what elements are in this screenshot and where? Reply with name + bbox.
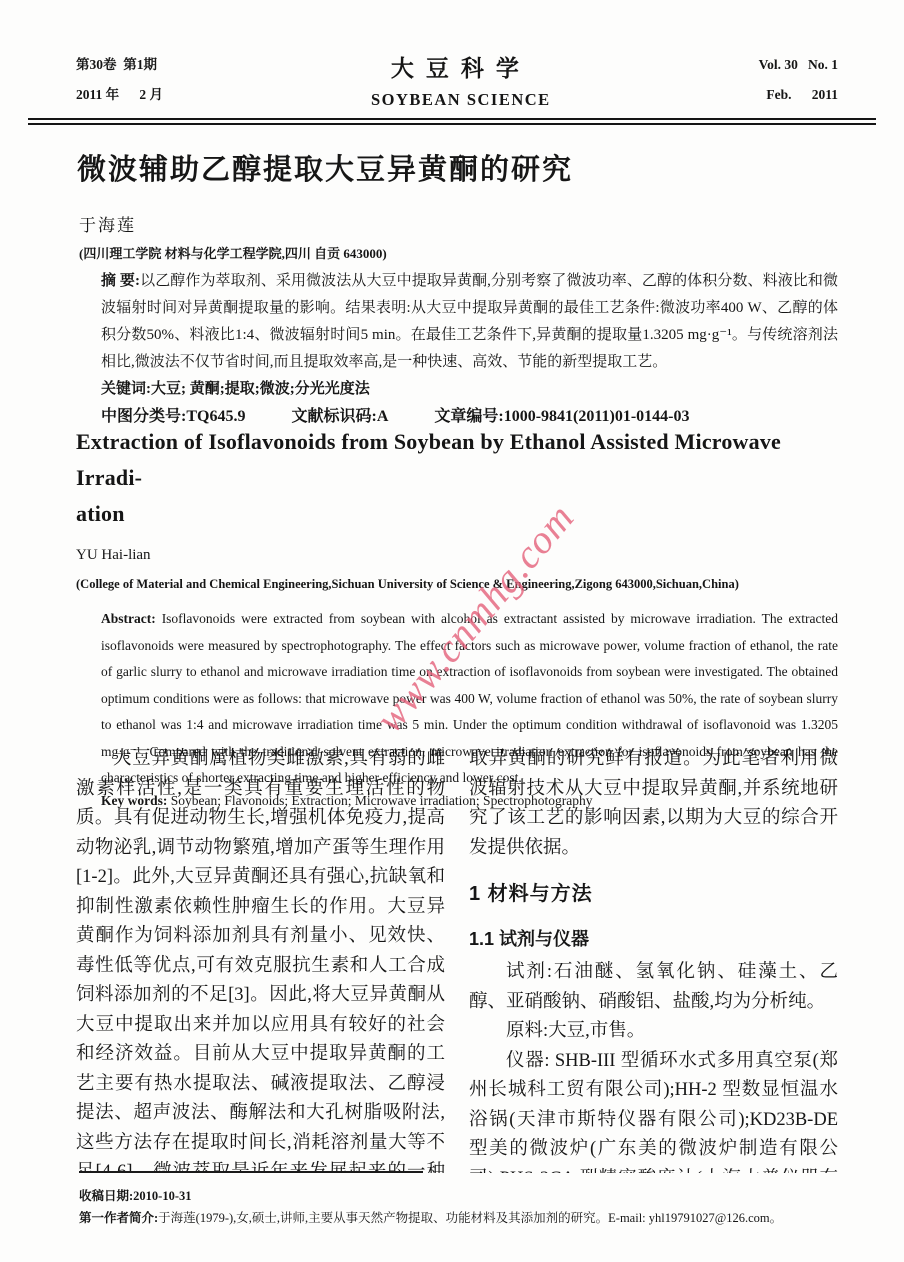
abstract-cn-text: 以乙醇作为萃取剂、采用微波法从大豆中提取异黄酮,分别考察了微波功率、乙醇的体积分…: [101, 273, 838, 370]
article-title-en: Extraction of Isoflavonoids from Soybean…: [76, 424, 840, 532]
article-id-label: 文章编号:: [434, 408, 503, 425]
doc-code-value: A: [377, 408, 389, 425]
intro-paragraph-continuation: 取异黄酮的研究鲜有报道。为此笔者利用微波辐射技术从大豆中提取异黄酮,并系统地研究…: [469, 745, 838, 863]
abstract-cn-label: 摘 要:: [101, 273, 140, 289]
volume-issue-cn: 第30卷 第1期: [76, 50, 163, 80]
author-bio-text: 于海莲(1979-),女,硕士,讲师,主要从事天然产物提取、功能材料及其添加剂的…: [158, 1211, 782, 1225]
body-columns: 大豆异黄酮属植物类雌激素,具有弱的雌激素样活性,是一类具有重要生理活性的物质。具…: [76, 745, 838, 1173]
journal-header: 第30卷 第1期 2011 年 2 月 大豆科学 SOYBEAN SCIENCE…: [76, 50, 838, 110]
clc-value: TQ645.9: [186, 408, 245, 425]
journal-title-cn: 大豆科学: [371, 50, 551, 83]
journal-title-group: 大豆科学 SOYBEAN SCIENCE: [371, 50, 551, 110]
author-en: YU Hai-lian: [76, 547, 840, 564]
keywords-cn-label: 关键词:: [101, 381, 151, 397]
right-column: 取异黄酮的研究鲜有报道。为此笔者利用微波辐射技术从大豆中提取异黄酮,并系统地研究…: [469, 745, 838, 1173]
journal-page: 第30卷 第1期 2011 年 2 月 大豆科学 SOYBEAN SCIENCE…: [0, 0, 904, 1262]
header-issue-info: 第30卷 第1期 2011 年 2 月: [76, 50, 163, 110]
article-id-value: 1000-9841(2011)01-0144-03: [504, 408, 690, 425]
header-volume-info: Vol. 30 No. 1 Feb. 2011: [759, 50, 838, 110]
reagents-paragraph: 试剂:石油醚、氢氧化钠、硅藻土、乙醇、亚硝酸钠、硝酸铝、盐酸,均为分析纯。: [469, 958, 838, 1017]
keywords-cn-text: 大豆; 黄酮;提取;微波;分光光度法: [151, 381, 370, 397]
article-title-en-line2: ation: [76, 496, 840, 532]
volume-en: Vol. 30 No. 1: [759, 50, 838, 80]
affiliation-en: (College of Material and Chemical Engine…: [76, 577, 840, 592]
article-title-cn: 微波辅助乙醇提取大豆异黄酮的研究: [77, 147, 573, 188]
materials-paragraph: 原料:大豆,市售。: [469, 1017, 838, 1047]
section-1-heading: 1 材料与方法: [469, 880, 838, 910]
author-bio-line: 第一作者简介:于海莲(1979-),女,硕士,讲师,主要从事天然产物提取、功能材…: [79, 1207, 854, 1229]
clc-label: 中图分类号:: [101, 408, 186, 425]
journal-title-en: SOYBEAN SCIENCE: [371, 90, 551, 110]
instruments-paragraph: 仪器: SHB-III 型循环水式多用真空泵(郑州长城科工贸有限公司);HH-2…: [469, 1047, 838, 1174]
abstract-en-label: Abstract:: [101, 611, 156, 626]
affiliation-cn: (四川理工学院 材料与化学工程学院,四川 自贡 643000): [79, 243, 387, 262]
header-divider: [28, 118, 876, 125]
author-bio-label: 第一作者简介:: [79, 1211, 158, 1225]
left-column: 大豆异黄酮属植物类雌激素,具有弱的雌激素样活性,是一类具有重要生理活性的物质。具…: [76, 745, 445, 1173]
intro-paragraph-left: 大豆异黄酮属植物类雌激素,具有弱的雌激素样活性,是一类具有重要生理活性的物质。具…: [76, 745, 445, 1173]
date-cn: 2011 年 2 月: [76, 80, 163, 110]
abstract-cn-paragraph: 摘 要:以乙醇作为萃取剂、采用微波法从大豆中提取异黄酮,分别考察了微波功率、乙醇…: [101, 268, 838, 376]
author-cn: 于海莲: [79, 211, 136, 236]
date-en: Feb. 2011: [759, 80, 838, 110]
keywords-cn-line: 关键词:大豆; 黄酮;提取;微波;分光光度法: [101, 376, 838, 403]
received-date-line: 收稿日期:2010-10-31: [79, 1185, 854, 1207]
article-title-en-line1: Extraction of Isoflavonoids from Soybean…: [76, 424, 840, 496]
received-date-label: 收稿日期:: [79, 1189, 133, 1203]
abstract-cn-block: 摘 要:以乙醇作为萃取剂、采用微波法从大豆中提取异黄酮,分别考察了微波功率、乙醇…: [101, 268, 838, 430]
doc-code-label: 文献标识码:: [291, 408, 376, 425]
section-1-1-heading: 1.1 试剂与仪器: [469, 925, 838, 955]
received-date-value: 2010-10-31: [133, 1189, 191, 1203]
footnote-block: 收稿日期:2010-10-31 第一作者简介:于海莲(1979-),女,硕士,讲…: [79, 1185, 854, 1229]
footnote-divider: [79, 1171, 423, 1173]
